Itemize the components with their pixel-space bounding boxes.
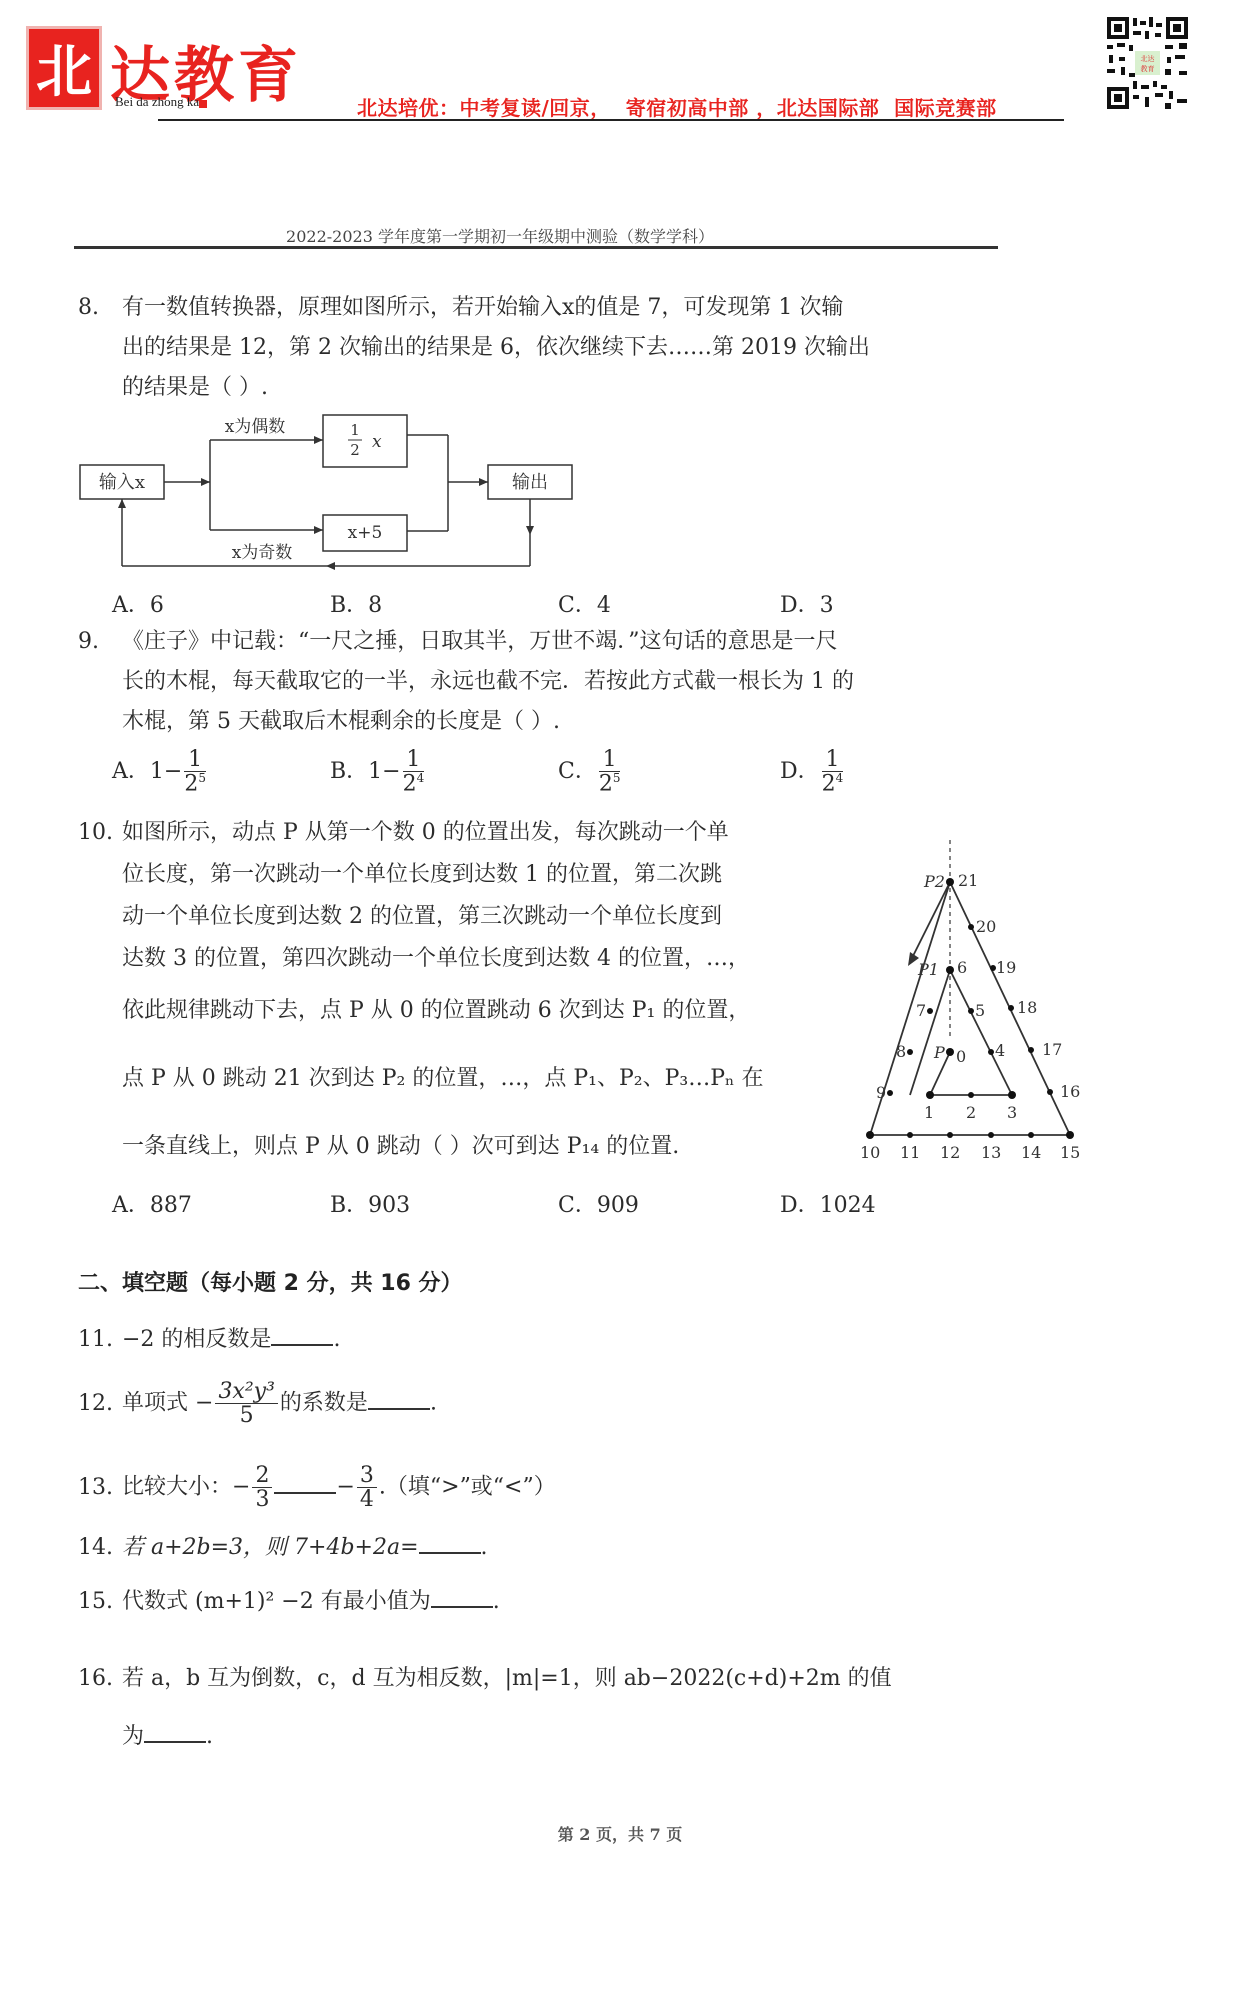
question-text-line: 出的结果是 12，第 2 次输出的结果是 6，依次继续下去……第 2019 次输… <box>78 328 870 368</box>
svg-text:17: 17 <box>1042 1040 1062 1059</box>
answer-blank <box>419 1534 481 1554</box>
option-b: B．903 <box>330 1188 410 1219</box>
svg-text:1: 1 <box>350 421 360 439</box>
option-c: C．125 <box>558 748 622 796</box>
option-a: A．6 <box>112 588 164 619</box>
svg-text:3: 3 <box>1007 1103 1017 1122</box>
logo-mark-text: 北 <box>36 28 92 108</box>
answer-blank <box>144 1723 206 1743</box>
svg-text:P2: P2 <box>923 872 945 891</box>
option-d: D．1024 <box>780 1188 876 1219</box>
odd-op-label: x+5 <box>348 523 383 543</box>
svg-text:13: 13 <box>981 1143 1001 1160</box>
header-slogan: 北达培优：中考复读/回京， 寄宿初高中部 ，北达国际部 国际竞赛部 <box>357 92 997 121</box>
svg-text:P1: P1 <box>917 960 939 979</box>
exam-title: 2022-2023 学年度第一学期初一年级期中测验（数学学科） <box>0 224 1000 247</box>
question-text-line: 一条直线上，则点 P 从 0 跳动（ ）次可到达 P₁₄ 的位置. <box>78 1126 764 1168</box>
option-c: C．909 <box>558 1188 639 1219</box>
even-branch-label: x为偶数 <box>225 417 286 437</box>
logo-subtitle: Bei da zhong kao <box>115 94 206 110</box>
answer-blank <box>431 1588 493 1608</box>
question-text-line: 如图所示，动点 P 从第一个数 0 的位置出发，每次跳动一个单 <box>122 820 729 845</box>
svg-text:11: 11 <box>900 1143 920 1160</box>
svg-text:16: 16 <box>1060 1082 1080 1101</box>
svg-text:21: 21 <box>958 871 978 890</box>
question-text-line: 依此规律跳动下去，点 P 从 0 的位置跳动 6 次到达 P₁ 的位置， <box>78 990 764 1032</box>
page-footer: 第 2 页，共 7 页 <box>0 1822 1240 1845</box>
question-text-line: 达数 3 的位置，第四次跳动一个单位长度到达数 4 的位置，…， <box>78 938 764 980</box>
odd-branch-label: x为奇数 <box>232 543 293 563</box>
svg-text:19: 19 <box>996 958 1016 977</box>
question-text-line: 位长度，第一次跳动一个单位长度到达数 1 的位置，第二次跳 <box>78 854 764 896</box>
option-d: D．3 <box>780 588 834 619</box>
svg-text:2: 2 <box>966 1103 976 1122</box>
svg-text:P: P <box>933 1043 945 1062</box>
svg-text:9: 9 <box>876 1083 886 1102</box>
exam-title-divider <box>74 246 998 249</box>
svg-text:12: 12 <box>940 1143 960 1160</box>
option-a: A．1−125 <box>112 748 208 796</box>
question-text-line: 点 P 从 0 跳动 21 次到达 P₂ 的位置，…，点 P₁、P₂、P₃…Pₙ… <box>78 1058 764 1100</box>
svg-text:10: 10 <box>860 1143 880 1160</box>
svg-text:6: 6 <box>957 958 967 977</box>
svg-text:x: x <box>372 432 382 452</box>
svg-text:4: 4 <box>995 1041 1005 1060</box>
question-11: 11.−2 的相反数是. <box>78 1320 340 1360</box>
svg-text:8: 8 <box>896 1042 906 1061</box>
input-box-label: 输入x <box>99 472 145 493</box>
question-9: 9.《庄子》中记载：“一尺之捶，日取其半，万世不竭．”这句话的意思是一尺 长的木… <box>78 622 854 742</box>
question-number: 9. <box>78 622 122 662</box>
svg-text:20: 20 <box>976 917 996 936</box>
svg-text:1: 1 <box>924 1103 934 1122</box>
option-b: B．8 <box>330 588 382 619</box>
svg-text:教育: 教育 <box>1141 64 1155 73</box>
question-text-line: 动一个单位长度到达数 2 的位置，第三次跳动一个单位长度到 <box>78 896 764 938</box>
answer-blank <box>368 1390 430 1410</box>
question-8: 8.有一数值转换器，原理如图所示，若开始输入x的值是 7，可发现第 1 次输 出… <box>78 288 870 408</box>
question-text-line: 有一数值转换器，原理如图所示，若开始输入x的值是 7，可发现第 1 次输 <box>122 295 843 320</box>
svg-text:北达: 北达 <box>1141 54 1155 63</box>
question-text-line: 木棍，第 5 天截取后木棍剩余的长度是（ ）. <box>78 702 854 742</box>
qr-code-icon: 北达 教育 <box>1105 15 1190 111</box>
question-14: 14.若 a+2b=3，则 7+4b+2a=. <box>78 1528 488 1568</box>
svg-text:14: 14 <box>1021 1143 1041 1160</box>
question-10: 10.如图所示，动点 P 从第一个数 0 的位置出发，每次跳动一个单 位长度，第… <box>78 812 764 1168</box>
header-divider <box>158 119 1064 121</box>
svg-text:7: 7 <box>916 1001 926 1020</box>
question-13: 13.比较大小：−23−34.（填“>”或“<”） <box>78 1464 556 1511</box>
option-a: A．887 <box>112 1188 192 1219</box>
option-d: D．124 <box>780 748 845 796</box>
question-16: 16.若 a，b 互为倒数，c，d 互为相反数，|m|=1，则 ab−2022(… <box>78 1650 892 1766</box>
answer-blank <box>271 1326 333 1346</box>
logo-mark: 北 <box>26 26 102 110</box>
question-text-line: 长的木棍，每天截取它的一半，永远也截不完．若按此方式截一根长为 1 的 <box>78 662 854 702</box>
question-number: 10. <box>78 812 122 854</box>
svg-text:2: 2 <box>350 441 360 459</box>
svg-text:18: 18 <box>1017 998 1037 1017</box>
option-b: B．1−124 <box>330 748 426 796</box>
triangle-jump-figure: P2 21 20 19 18 17 16 P1 6 7 5 8 P 0 4 9 … <box>860 840 1100 1160</box>
output-box-label: 输出 <box>512 472 548 493</box>
section-title-fill-in: 二、填空题（每小题 2 分，共 16 分） <box>78 1266 463 1297</box>
question-text-line: 的结果是（ ）. <box>78 368 870 408</box>
question-12: 12.单项式 −3x²y³5的系数是. <box>78 1380 437 1427</box>
option-c: C．4 <box>558 588 611 619</box>
svg-text:15: 15 <box>1060 1143 1080 1160</box>
logo-square-icon <box>199 100 207 108</box>
question-text-line: 《庄子》中记载：“一尺之捶，日取其半，万世不竭．”这句话的意思是一尺 <box>122 629 838 654</box>
svg-text:5: 5 <box>975 1001 985 1020</box>
question-15: 15.代数式 (m+1)² −2 有最小值为. <box>78 1582 500 1622</box>
svg-text:0: 0 <box>956 1047 966 1066</box>
answer-blank <box>274 1474 336 1494</box>
question-number: 8. <box>78 288 122 328</box>
flowchart-diagram: 输入x 输出 x为偶数 x为奇数 1 2 x x+5 <box>70 405 590 585</box>
